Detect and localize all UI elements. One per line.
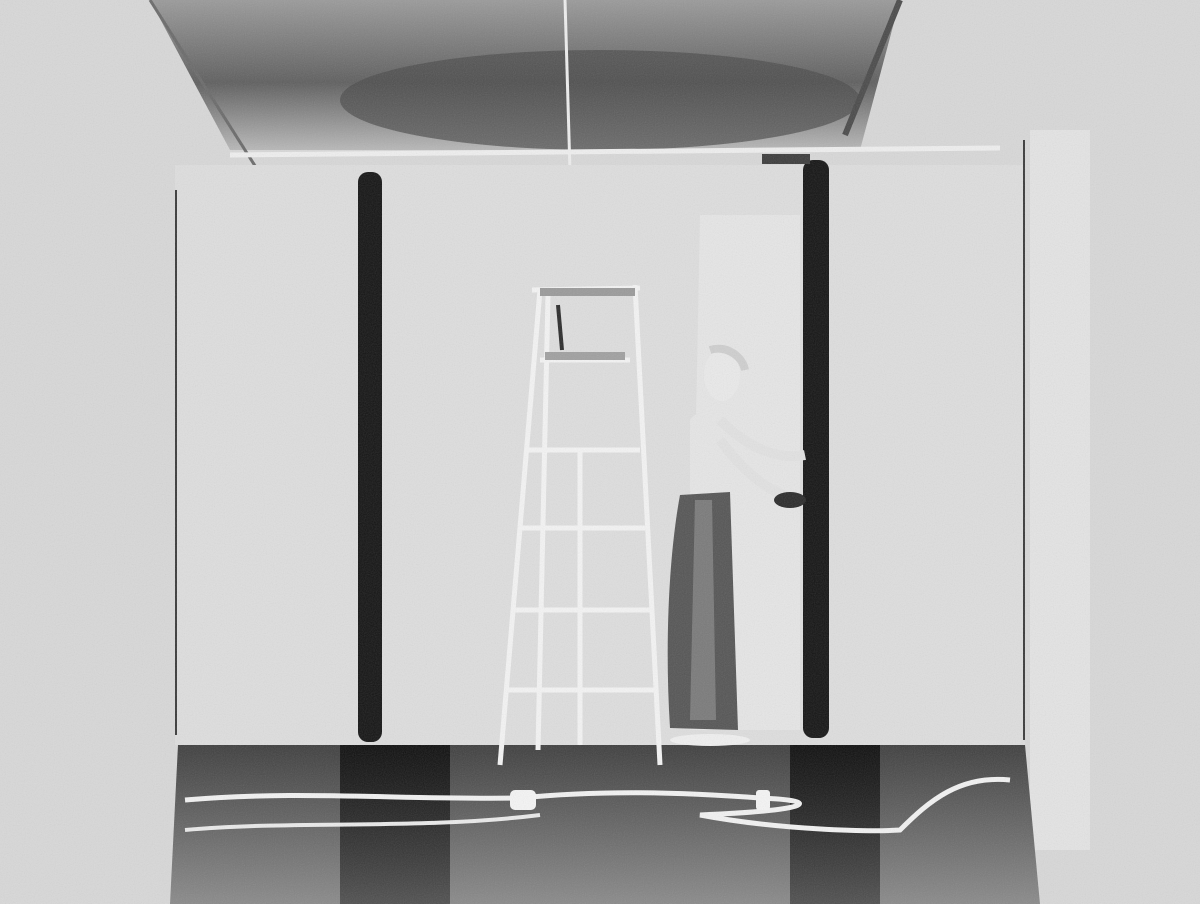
- film-still: [0, 0, 1200, 904]
- scene-illustration: [0, 0, 1200, 904]
